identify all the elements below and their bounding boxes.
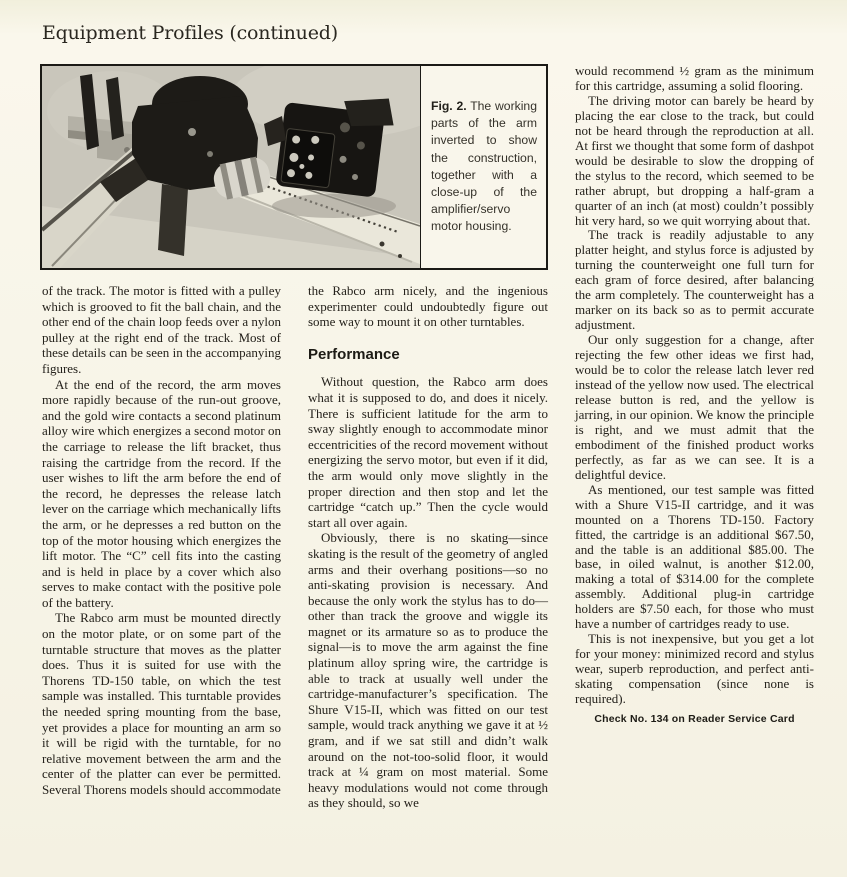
page-title: Equipment Profiles (continued) [42,22,338,44]
reader-service-note: Check No. 134 on Reader Service Card [575,712,814,727]
figure-frame: Fig. 2. The working parts of the arm inv… [40,64,548,270]
paragraph: the Rabco arm nicely, and the ingenious … [308,283,548,330]
paragraph: of the track. The motor is fitted with a… [42,283,281,377]
arm-mechanism-photo [42,66,421,268]
paragraph: Without question, the Rabco arm does wha… [308,374,548,530]
paragraph: Our only suggestion for a change, after … [575,333,814,483]
performance-heading: Performance [308,347,548,363]
column-middle: the Rabco arm nicely, and the ingenious … [308,283,548,811]
figure-caption: Fig. 2. The working parts of the arm inv… [421,66,546,268]
column-right: would recommend ½ gram as the minimum fo… [575,64,814,727]
column-middle-intro: the Rabco arm nicely, and the ingenious … [308,283,548,330]
paragraph: At the end of the record, the arm moves … [42,377,281,611]
paragraph: would recommend ½ gram as the minimum fo… [575,64,814,94]
paragraph: Obviously, there is no skating—since ska… [308,530,548,811]
photo-illustration [42,66,420,268]
column-left: of the track. The motor is fitted with a… [42,283,281,798]
paragraph: The track is readily adjustable to any p… [575,228,814,333]
paragraph: The driving motor can barely be heard by… [575,94,814,229]
paragraph: This is not inexpensive, but you get a l… [575,632,814,707]
figure-caption-text: The working parts of the arm inverted to… [431,99,537,233]
column-middle-body: Without question, the Rabco arm does wha… [308,374,548,811]
paragraph: As mentioned, our test sample was fitted… [575,483,814,633]
figure-caption-label: Fig. 2. [431,99,467,113]
paragraph: The Rabco arm must be mounted directly o… [42,610,281,797]
magazine-page: { "page": { "title": "Equipment Profiles… [0,0,847,877]
column-right-body: would recommend ½ gram as the minimum fo… [575,64,814,707]
